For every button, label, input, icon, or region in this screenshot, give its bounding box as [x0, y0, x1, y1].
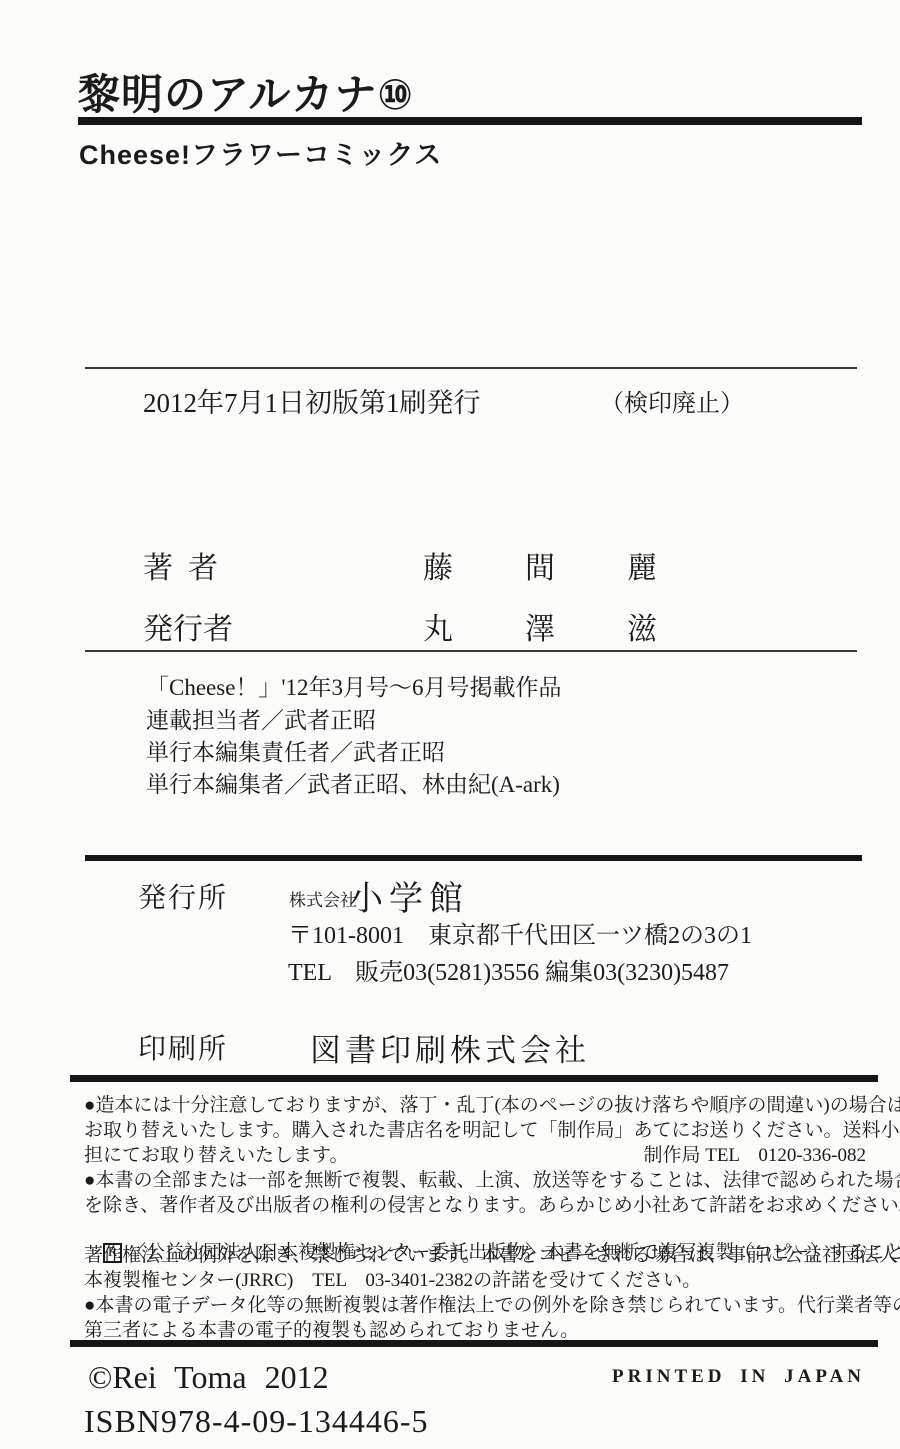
legal-binding-notice-left: 担にてお取り替えいたします。	[84, 1140, 348, 1167]
colophon-page: 黎明のアルカナ⑩ Cheese!フラワーコミックス 2012年7月1日初版第1刷…	[0, 0, 900, 1449]
legal-binding-notice: お取り替えいたします。購入された書店名を明記して「制作局」あてにお送りください。…	[84, 1115, 866, 1142]
printed-in-japan-label: PRINTED IN JAPAN	[612, 1366, 865, 1388]
book-title: 黎明のアルカナ⑩	[78, 62, 414, 122]
publisher-company-name: 小学館	[349, 871, 469, 920]
serial-editor-credit: 連載担当者／武者正昭	[146, 702, 376, 735]
title-divider	[78, 117, 862, 125]
legal-divider-bottom	[70, 1340, 878, 1347]
volume-editors-credit: 単行本編集者／武者正昭、林由紀(A-ark)	[146, 766, 560, 799]
publisher-label: 発行所	[138, 876, 228, 916]
publisher-company-prefix: 株式会社	[289, 886, 357, 911]
legal-binding-notice: ●造本には十分注意しておりますが、落丁・乱丁(本のページの抜け落ちや順序の間違い…	[84, 1090, 866, 1117]
inspection-abolished-note: （検印廃止）	[600, 383, 744, 418]
legal-binding-notice: 担にてお取り替えいたします。 制作局 TEL 0120-336-082	[84, 1140, 866, 1167]
imprint-label: Cheese!フラワーコミックス	[79, 133, 442, 172]
issuer-label: 発行者	[143, 604, 233, 648]
isbn-number: ISBN978-4-09-134446-5	[84, 1403, 429, 1440]
legal-digital-copy-notice: ●本書の電子データ化等の無断複製は著作権法上での例外を除き禁じられています。代行…	[84, 1290, 866, 1317]
edition-date: 2012年7月1日初版第1刷発行	[143, 381, 481, 420]
legal-jrrc-notice: 本複製権センター(JRRC) TEL 03-3401-2382の許諾を受けてくだ…	[84, 1265, 866, 1292]
publisher-address: 〒101-8001 東京都千代田区一ツ橋2の3の1	[288, 915, 752, 950]
legal-divider-top	[70, 1075, 878, 1082]
production-dept-phone: 制作局 TEL 0120-336-082	[643, 1140, 866, 1167]
legal-copyright-notice: ●本書の全部または一部を無断で複製、転載、上演、放送等をすることは、法律で認めら…	[84, 1165, 866, 1192]
legal-digital-copy-notice: 第三者による本書の電子的複製も認められておりません。	[84, 1315, 866, 1342]
serialization-source: 「Cheese！」'12年3月号～6月号掲載作品	[146, 669, 562, 702]
publisher-divider-top	[85, 855, 862, 861]
volume-chief-editor-credit: 単行本編集責任者／武者正昭	[146, 734, 445, 767]
edition-divider-top	[85, 367, 857, 369]
legal-copyright-notice: を除き、著作者及び出版者の権利の侵害となります。あらかじめ小社あて許諾をお求めく…	[84, 1190, 866, 1217]
legal-jrrc-notice: 著作権法上の例外を除き、禁じられています。本書をコピーされる場合は、事前に公益社…	[84, 1240, 866, 1267]
issuer-name: 丸澤滋	[423, 604, 729, 648]
publisher-phone-numbers: TEL 販売03(5281)3556 編集03(3230)5487	[288, 952, 729, 987]
printer-company-name: 図書印刷株式会社	[310, 1025, 590, 1070]
author-label: 著者	[143, 543, 233, 587]
copyright-line: ©Rei Toma 2012	[88, 1359, 329, 1396]
author-name: 藤間麗	[423, 543, 729, 587]
people-divider-bottom	[85, 650, 857, 652]
printer-label: 印刷所	[138, 1027, 228, 1067]
